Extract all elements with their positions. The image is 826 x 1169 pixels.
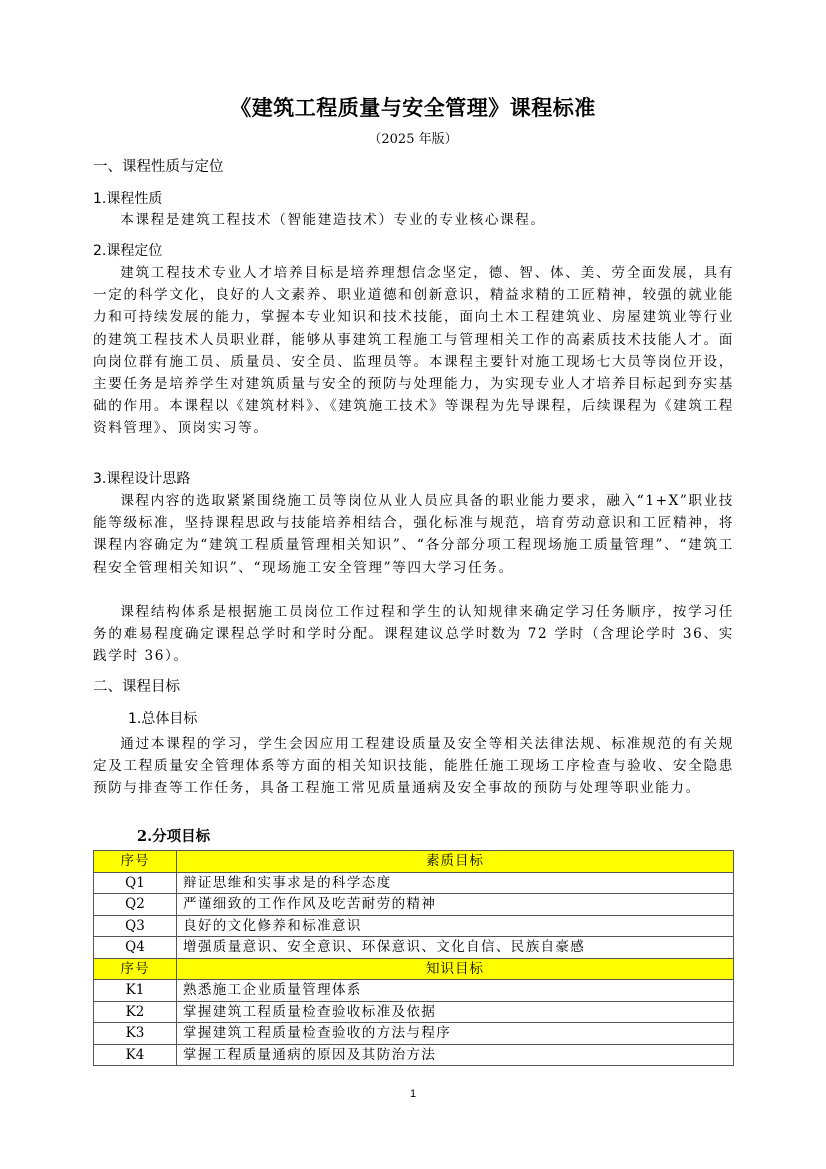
paragraph-design-approach-2: 课程结构体系是根据施工员岗位工作过程和学生的认知规律来确定学习任务顺序，按学习任… xyxy=(93,601,734,668)
cell-description: 掌握建筑工程质量检查验收标准及依据 xyxy=(177,1001,734,1023)
cell-code: Q3 xyxy=(94,915,177,937)
goals-table: 序号 素质目标 Q1 辩证思维和实事求是的科学态度 Q2 严谨细致的工作作风及吃… xyxy=(93,850,734,1066)
subheading-itemized-goals: 2.分项目标 xyxy=(137,825,210,846)
header-cell-quality-goals: 素质目标 xyxy=(177,851,734,873)
cell-description: 增强质量意识、安全意识、环保意识、文化自信、民族自豪感 xyxy=(177,937,734,959)
paragraph-course-nature: 本课程是建筑工程技术（智能建造技术）专业的专业核心课程。 xyxy=(93,209,734,231)
table-row: K1 熟悉施工企业质量管理体系 xyxy=(94,980,734,1002)
subheading-course-positioning: 2.课程定位 xyxy=(93,240,162,260)
section-heading-nature-positioning: 一、课程性质与定位 xyxy=(93,155,224,176)
cell-description: 严谨细致的工作作风及吃苦耐劳的精神 xyxy=(177,894,734,916)
cell-code: K2 xyxy=(94,1001,177,1023)
table-header-row: 序号 知识目标 xyxy=(94,958,734,980)
header-cell-code: 序号 xyxy=(94,851,177,873)
subheading-design-approach: 3.课程设计思路 xyxy=(93,468,190,488)
cell-description: 掌握建筑工程质量检查验收的方法与程序 xyxy=(177,1023,734,1045)
paragraph-overall-goals: 通过本课程的学习，学生会因应用工程建设质量及安全等相关法律法规、标准规范的有关规… xyxy=(93,733,734,800)
cell-description: 熟悉施工企业质量管理体系 xyxy=(177,980,734,1002)
cell-code: Q4 xyxy=(94,937,177,959)
table-header-row: 序号 素质目标 xyxy=(94,851,734,873)
document-page: 《建筑工程质量与安全管理》课程标准 （2025 年版） 一、课程性质与定位 1.… xyxy=(0,0,826,1169)
document-subtitle: （2025 年版） xyxy=(0,128,826,147)
cell-code: Q2 xyxy=(94,894,177,916)
paragraph-course-positioning: 建筑工程技术专业人才培养目标是培养理想信念坚定，德、智、体、美、劳全面发展，具有… xyxy=(93,262,734,440)
table-row: Q3 良好的文化修养和标准意识 xyxy=(94,915,734,937)
cell-description: 辩证思维和实事求是的科学态度 xyxy=(177,872,734,894)
header-cell-knowledge-goals: 知识目标 xyxy=(177,958,734,980)
table-row: K2 掌握建筑工程质量检查验收标准及依据 xyxy=(94,1001,734,1023)
table-row: Q1 辩证思维和实事求是的科学态度 xyxy=(94,872,734,894)
section-heading-course-goals: 二、课程目标 xyxy=(93,675,180,696)
paragraph-design-approach-1: 课程内容的选取紧紧围绕施工员等岗位从业人员应具备的职业能力要求，融入“1+X”职… xyxy=(93,490,734,579)
header-cell-code: 序号 xyxy=(94,958,177,980)
table-row: Q4 增强质量意识、安全意识、环保意识、文化自信、民族自豪感 xyxy=(94,937,734,959)
cell-code: K1 xyxy=(94,980,177,1002)
subheading-overall-goals: 1.总体目标 xyxy=(128,708,197,728)
cell-code: Q1 xyxy=(94,872,177,894)
table-row: Q2 严谨细致的工作作风及吃苦耐劳的精神 xyxy=(94,894,734,916)
page-number: 1 xyxy=(0,1088,826,1100)
cell-description: 良好的文化修养和标准意识 xyxy=(177,915,734,937)
document-title: 《建筑工程质量与安全管理》课程标准 xyxy=(0,92,826,122)
cell-description: 掌握工程质量通病的原因及其防治方法 xyxy=(177,1044,734,1066)
table-row: K4 掌握工程质量通病的原因及其防治方法 xyxy=(94,1044,734,1066)
cell-code: K4 xyxy=(94,1044,177,1066)
cell-code: K3 xyxy=(94,1023,177,1045)
table-row: K3 掌握建筑工程质量检查验收的方法与程序 xyxy=(94,1023,734,1045)
subheading-course-nature: 1.课程性质 xyxy=(93,188,162,208)
